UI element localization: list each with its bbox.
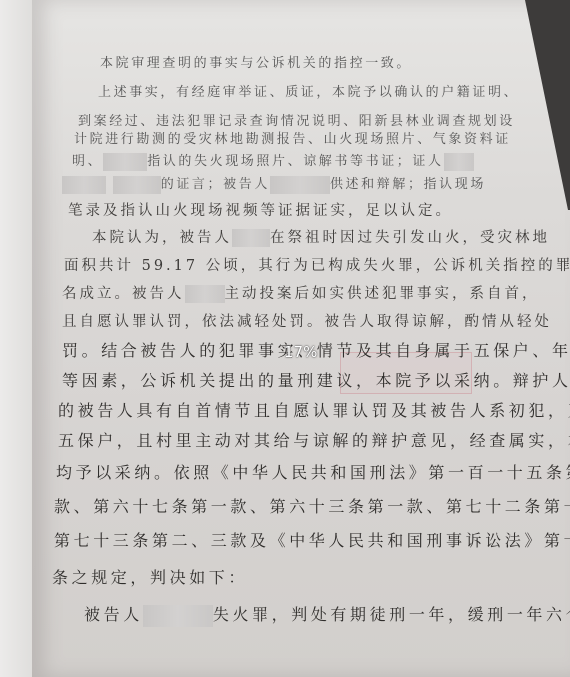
line-text: 且自愿认罪认罚，依法减轻处罚。被告人取得谅解，酌情从轻处 bbox=[62, 314, 552, 330]
text-line-4: 计院进行勘测的受灾林地勘测报告、山火现场照片、气象资料证 bbox=[74, 128, 511, 147]
line-text: 明、 bbox=[72, 154, 103, 169]
text-line-11: 且自愿认罪认罚，依法减轻处罚。被告人取得谅解，酌情从轻处 bbox=[62, 310, 552, 331]
line-text: 到案经过、违法犯罪记录查询情况说明、阳新县林业调查规划设 bbox=[78, 114, 515, 129]
text-line-7: 笔录及指认山火现场视频等证据证实，足以认定。 bbox=[68, 199, 453, 220]
line-text: 计院进行勘测的受灾林地勘测报告、山火现场照片、气象资料证 bbox=[74, 132, 511, 147]
text-line-8: 本院认为，被告人在祭祖时因过失引发山火，受灾林地 bbox=[92, 226, 550, 247]
text-line-14: 的被告人具有自首情节且自愿认罪认罚及其被告人系初犯，又是 bbox=[58, 398, 570, 421]
text-line-17: 款、第六十七条第一款、第六十三条第一款、第七十二条第一款、 bbox=[54, 494, 570, 517]
line-text: 款、第六十七条第一款、第六十三条第一款、第七十二条第一款、 bbox=[54, 497, 570, 516]
redacted-name bbox=[143, 605, 213, 627]
line-text: 笔录及指认山火现场视频等证据证实，足以认定。 bbox=[68, 203, 453, 219]
redacted-name bbox=[270, 176, 330, 194]
text-line-5: 明、指认的失火现场照片、谅解书等书证；证人 bbox=[72, 150, 474, 171]
text-line-19: 条之规定，判决如下： bbox=[52, 565, 248, 588]
line-text: 在祭祖时因过失引发山火，受灾林地 bbox=[270, 230, 550, 246]
line-text: 上述事实，有经庭审举证、质证，本院予以确认的户籍证明、 bbox=[98, 85, 519, 100]
redacted-name bbox=[232, 229, 270, 247]
line-text: 等因素，公诉机关提出的量刑建议，本院予以采纳。辩护人提出 bbox=[62, 371, 570, 390]
line-text: 第七十三条第二、三款及《中华人民共和国刑事诉讼法》第十五 bbox=[54, 531, 570, 550]
redacted-name bbox=[185, 285, 225, 303]
line-text: 被告人 bbox=[84, 605, 143, 624]
text-line-3: 到案经过、违法犯罪记录查询情况说明、阳新县林业调查规划设 bbox=[78, 110, 515, 129]
zoom-percent-overlay: 17% bbox=[284, 343, 317, 361]
line-text: 的被告人具有自首情节且自愿认罪认罚及其被告人系初犯，又是 bbox=[58, 401, 570, 420]
line-text: 名成立。被告人 bbox=[62, 286, 185, 302]
text-line-16: 均予以采纳。依照《中华人民共和国刑法》第一百一十五条第二 bbox=[56, 460, 570, 483]
line-text: 本院认为，被告人 bbox=[92, 230, 232, 246]
line-text: 供述和辩解；指认现场 bbox=[330, 177, 486, 192]
text-line-1: 本院审理查明的事实与公诉机关的指控一致。 bbox=[100, 52, 412, 71]
redacted-name bbox=[113, 176, 161, 194]
line-text: 本院审理查明的事实与公诉机关的指控一致。 bbox=[100, 56, 412, 71]
redacted-name bbox=[444, 153, 474, 171]
line-text: 均予以采纳。依照《中华人民共和国刑法》第一百一十五条第二 bbox=[56, 463, 570, 482]
text-line-6: 的证言；被告人供述和辩解；指认现场 bbox=[62, 173, 486, 194]
redacted-name bbox=[62, 176, 106, 194]
text-line-15: 五保户，且村里主动对其给与谅解的辩护意见，经查属实，本院 bbox=[58, 428, 570, 451]
redacted-name bbox=[103, 153, 147, 171]
line-text: 失火罪，判处有期徒刑一年，缓刑一年六个 bbox=[213, 605, 570, 624]
text-line-20: 被告人失火罪，判处有期徒刑一年，缓刑一年六个 bbox=[84, 602, 570, 627]
line-text: 面积共计 59.17 公顷，其行为已构成失火罪，公诉机关指控的罪 bbox=[64, 258, 570, 274]
text-line-13: 等因素，公诉机关提出的量刑建议，本院予以采纳。辩护人提出 bbox=[62, 368, 570, 391]
line-text: 条之规定，判决如下： bbox=[52, 568, 248, 587]
text-line-2: 上述事实，有经庭审举证、质证，本院予以确认的户籍证明、 bbox=[98, 81, 519, 100]
line-text: 主动投案后如实供述犯罪事实，系自首， bbox=[225, 286, 540, 302]
line-text: 的证言；被告人 bbox=[161, 177, 270, 192]
line-text: 指认的失火现场照片、谅解书等书证；证人 bbox=[147, 154, 443, 169]
text-line-9: 面积共计 59.17 公顷，其行为已构成失火罪，公诉机关指控的罪 bbox=[64, 254, 570, 275]
text-line-18: 第七十三条第二、三款及《中华人民共和国刑事诉讼法》第十五 bbox=[54, 528, 570, 551]
text-line-10: 名成立。被告人主动投案后如实供述犯罪事实，系自首， bbox=[62, 282, 540, 303]
line-text: 五保户，且村里主动对其给与谅解的辩护意见，经查属实，本院 bbox=[58, 431, 570, 450]
